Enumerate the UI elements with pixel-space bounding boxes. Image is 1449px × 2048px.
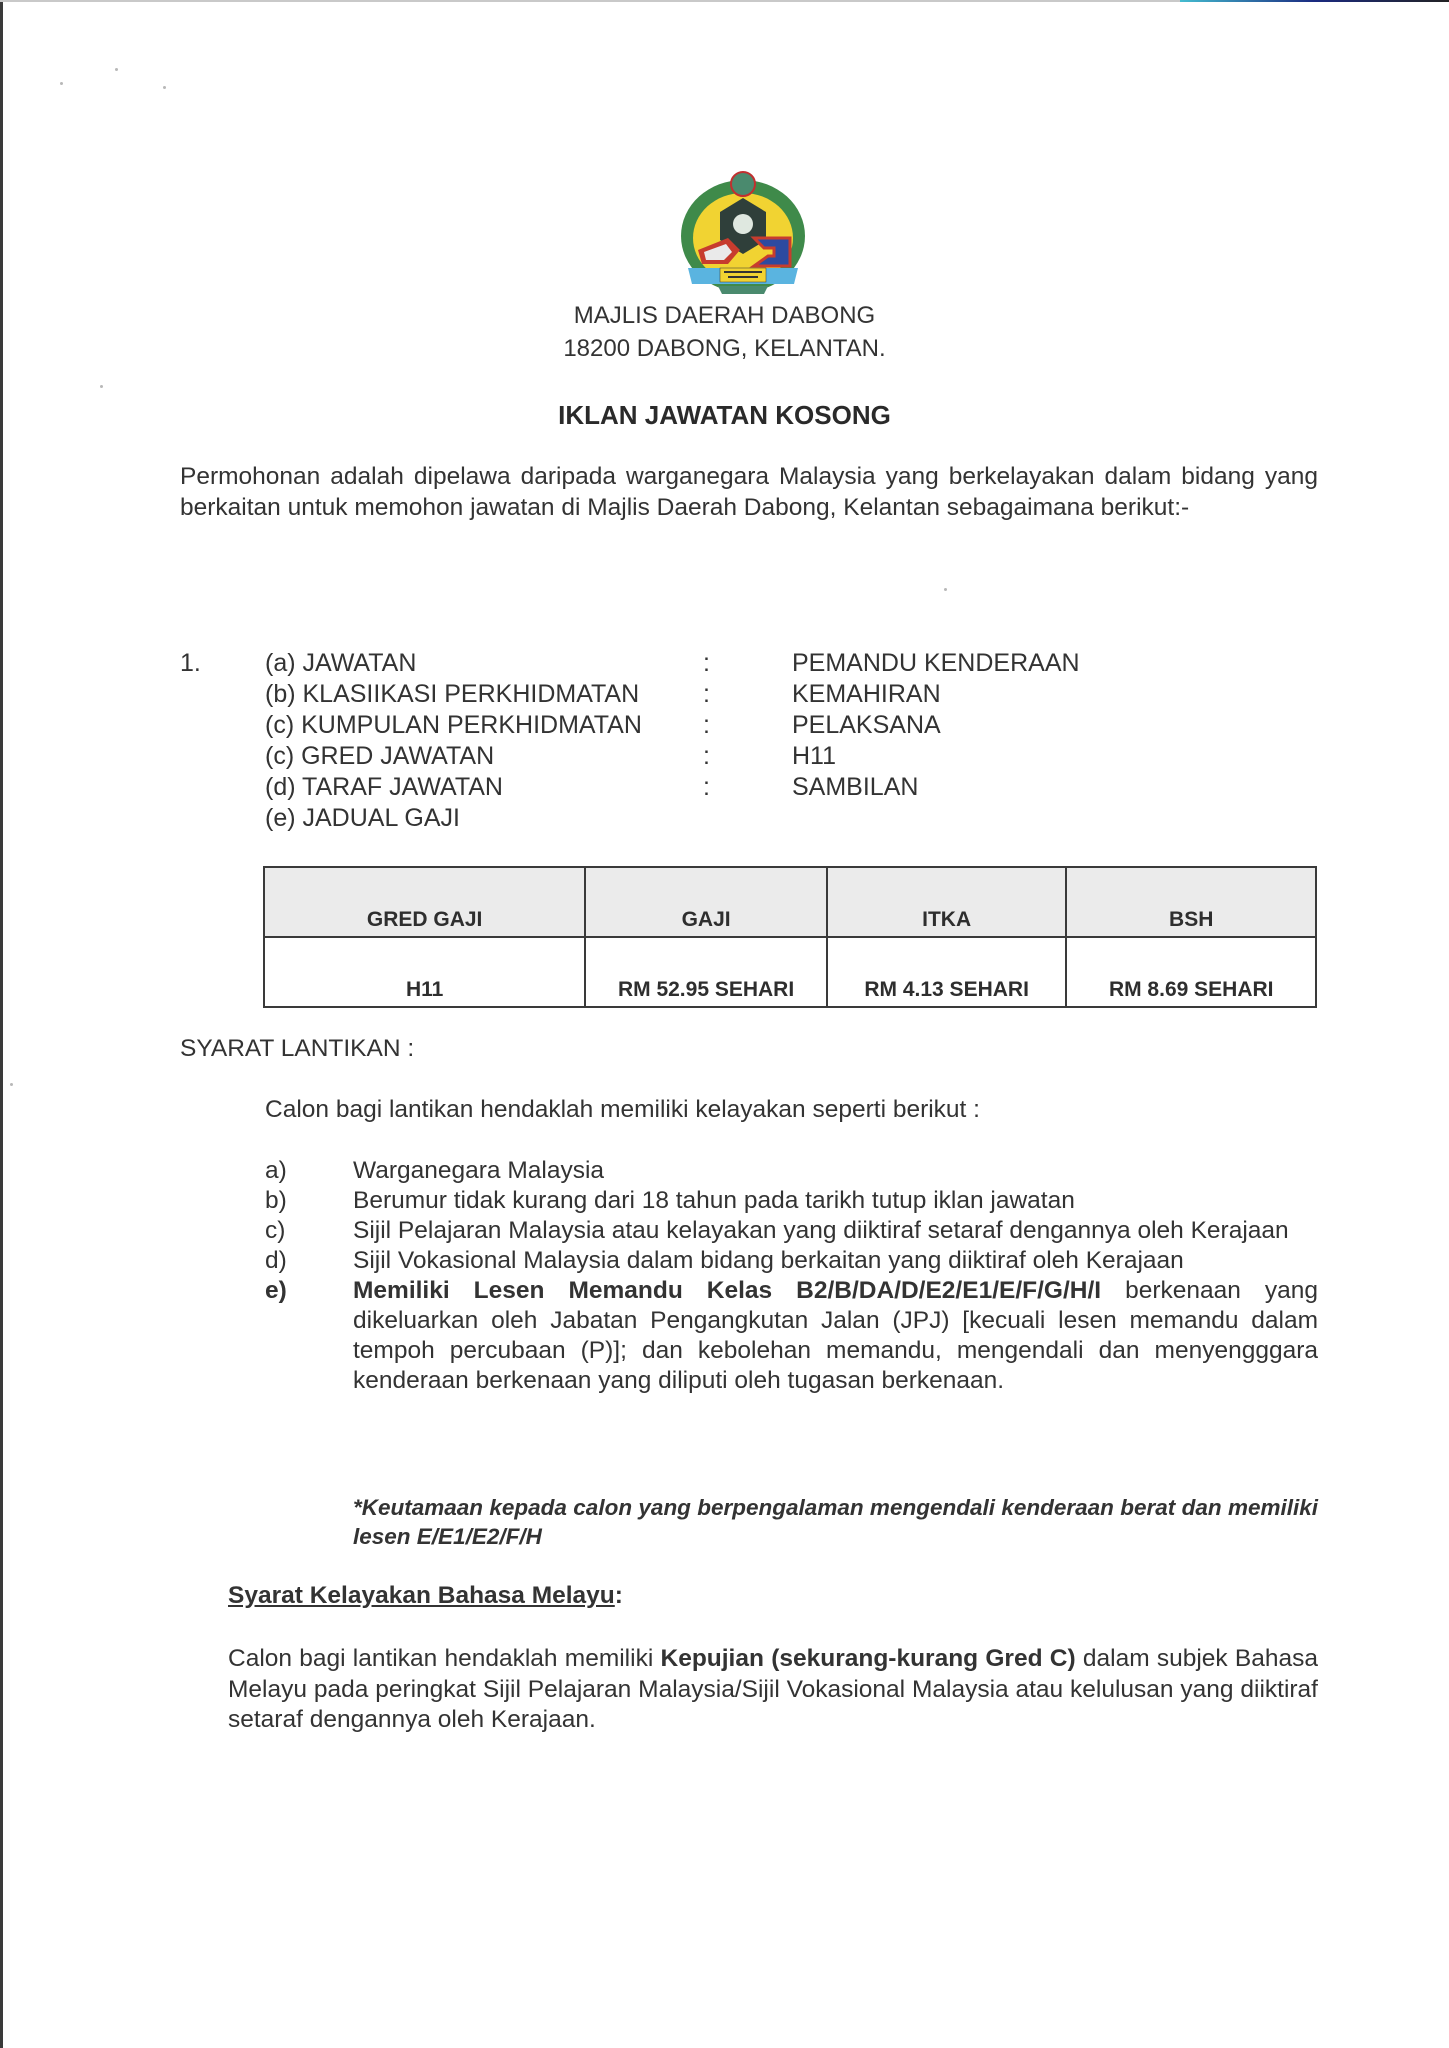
detail-colon: :	[703, 741, 710, 772]
organization-name: MAJLIS DAERAH DABONG	[0, 302, 1449, 330]
document-title: IKLAN JAWATAN KOSONG	[0, 400, 1449, 431]
column-header-bsh: BSH	[1066, 867, 1316, 937]
column-header-itka: ITKA	[827, 867, 1067, 937]
detail-label: (c) GRED JAWATAN	[265, 742, 494, 770]
table-row: H11 RM 52.95 SEHARI RM 4.13 SEHARI RM 8.…	[264, 937, 1316, 1007]
scan-speck	[944, 588, 947, 591]
detail-label: (b) KLASIIKASI PERKHIDMATAN	[265, 680, 639, 708]
list-marker: d)	[265, 1246, 287, 1276]
list-item: c) Sijil Pelajaran Malaysia atau kelayak…	[265, 1216, 1318, 1246]
scan-speck	[10, 1083, 13, 1086]
detail-row: (e) JADUAL GAJI	[265, 803, 460, 834]
list-item: b) Berumur tidak kurang dari 18 tahun pa…	[265, 1186, 1318, 1216]
detail-label: (a) JAWATAN	[265, 649, 416, 677]
list-item: d) Sijil Vokasional Malaysia dalam bidan…	[265, 1246, 1318, 1276]
detail-colon: :	[703, 710, 710, 741]
list-item-text: Sijil Vokasional Malaysia dalam bidang b…	[353, 1247, 1184, 1274]
scan-speck	[100, 385, 103, 388]
scan-speck	[60, 82, 63, 85]
column-header-gred-gaji: GRED GAJI	[264, 867, 585, 937]
detail-label: (c) KUMPULAN PERKHIDMATAN	[265, 711, 642, 739]
detail-value: H11	[792, 741, 836, 772]
detail-colon: :	[703, 679, 710, 710]
organization-address: 18200 DABONG, KELANTAN.	[0, 335, 1449, 363]
table-header-row: GRED GAJI GAJI ITKA BSH	[264, 867, 1316, 937]
bahasa-melayu-heading: Syarat Kelayakan Bahasa Melayu:	[228, 1582, 623, 1610]
list-item: a) Warganegara Malaysia	[265, 1156, 1318, 1186]
detail-row: (d) TARAF JAWATAN	[265, 772, 503, 803]
list-item-text: Sijil Pelajaran Malaysia atau kelayakan …	[353, 1217, 1289, 1244]
license-class-text: Memiliki Lesen Memandu Kelas B2/B/DA/D/E…	[353, 1277, 1101, 1304]
syarat-lantikan-heading: SYARAT LANTIKAN :	[180, 1035, 414, 1063]
cell-bsh: RM 8.69 SEHARI	[1066, 937, 1316, 1007]
list-item: e) Memiliki Lesen Memandu Kelas B2/B/DA/…	[265, 1276, 1318, 1396]
detail-row: (b) KLASIIKASI PERKHIDMATAN	[265, 679, 639, 710]
bahasa-melayu-heading-text: Syarat Kelayakan Bahasa Melayu	[228, 1582, 615, 1609]
list-marker: a)	[265, 1156, 287, 1186]
detail-value: PEMANDU KENDERAAN	[792, 648, 1080, 679]
detail-label: (d) TARAF JAWATAN	[265, 773, 503, 801]
syarat-intro: Calon bagi lantikan hendaklah memiliki k…	[265, 1096, 980, 1124]
cell-gred-gaji: H11	[264, 937, 585, 1007]
detail-label: (e) JADUAL GAJI	[265, 804, 460, 832]
list-marker: b)	[265, 1186, 287, 1216]
scan-speck	[115, 68, 118, 71]
detail-row: (c) GRED JAWATAN	[265, 741, 494, 772]
requirements-list: a) Warganegara Malaysia b) Berumur tidak…	[265, 1156, 1318, 1396]
detail-value: PELAKSANA	[792, 710, 941, 741]
list-item-text: Warganegara Malaysia	[353, 1157, 604, 1184]
column-header-gaji: GAJI	[585, 867, 827, 937]
scan-edge	[1180, 0, 1449, 2]
heading-colon: :	[615, 1582, 623, 1609]
paragraph-text: Calon bagi lantikan hendaklah memiliki	[228, 1645, 661, 1672]
section-number: 1.	[180, 648, 201, 679]
scan-speck	[163, 86, 166, 89]
list-marker: e)	[265, 1276, 287, 1306]
salary-table: GRED GAJI GAJI ITKA BSH H11 RM 52.95 SEH…	[263, 866, 1317, 1008]
list-marker: c)	[265, 1216, 285, 1246]
detail-row: (a) JAWATAN	[265, 648, 416, 679]
priority-note: *Keutamaan kepada calon yang berpengalam…	[353, 1493, 1318, 1551]
detail-row: (c) KUMPULAN PERKHIDMATAN	[265, 710, 642, 741]
intro-paragraph: Permohonan adalah dipelawa daripada warg…	[180, 462, 1318, 523]
kepujian-requirement: Kepujian (sekurang-kurang Gred C)	[661, 1645, 1076, 1672]
detail-value: SAMBILAN	[792, 772, 918, 803]
bahasa-melayu-paragraph: Calon bagi lantikan hendaklah memiliki K…	[228, 1644, 1318, 1736]
cell-gaji: RM 52.95 SEHARI	[585, 937, 827, 1007]
list-item-text: Berumur tidak kurang dari 18 tahun pada …	[353, 1187, 1075, 1214]
cell-itka: RM 4.13 SEHARI	[827, 937, 1067, 1007]
detail-value: KEMAHIRAN	[792, 679, 941, 710]
detail-colon: :	[703, 648, 710, 679]
detail-colon: :	[703, 772, 710, 803]
majlis-daerah-dabong-crest-icon	[668, 168, 818, 298]
